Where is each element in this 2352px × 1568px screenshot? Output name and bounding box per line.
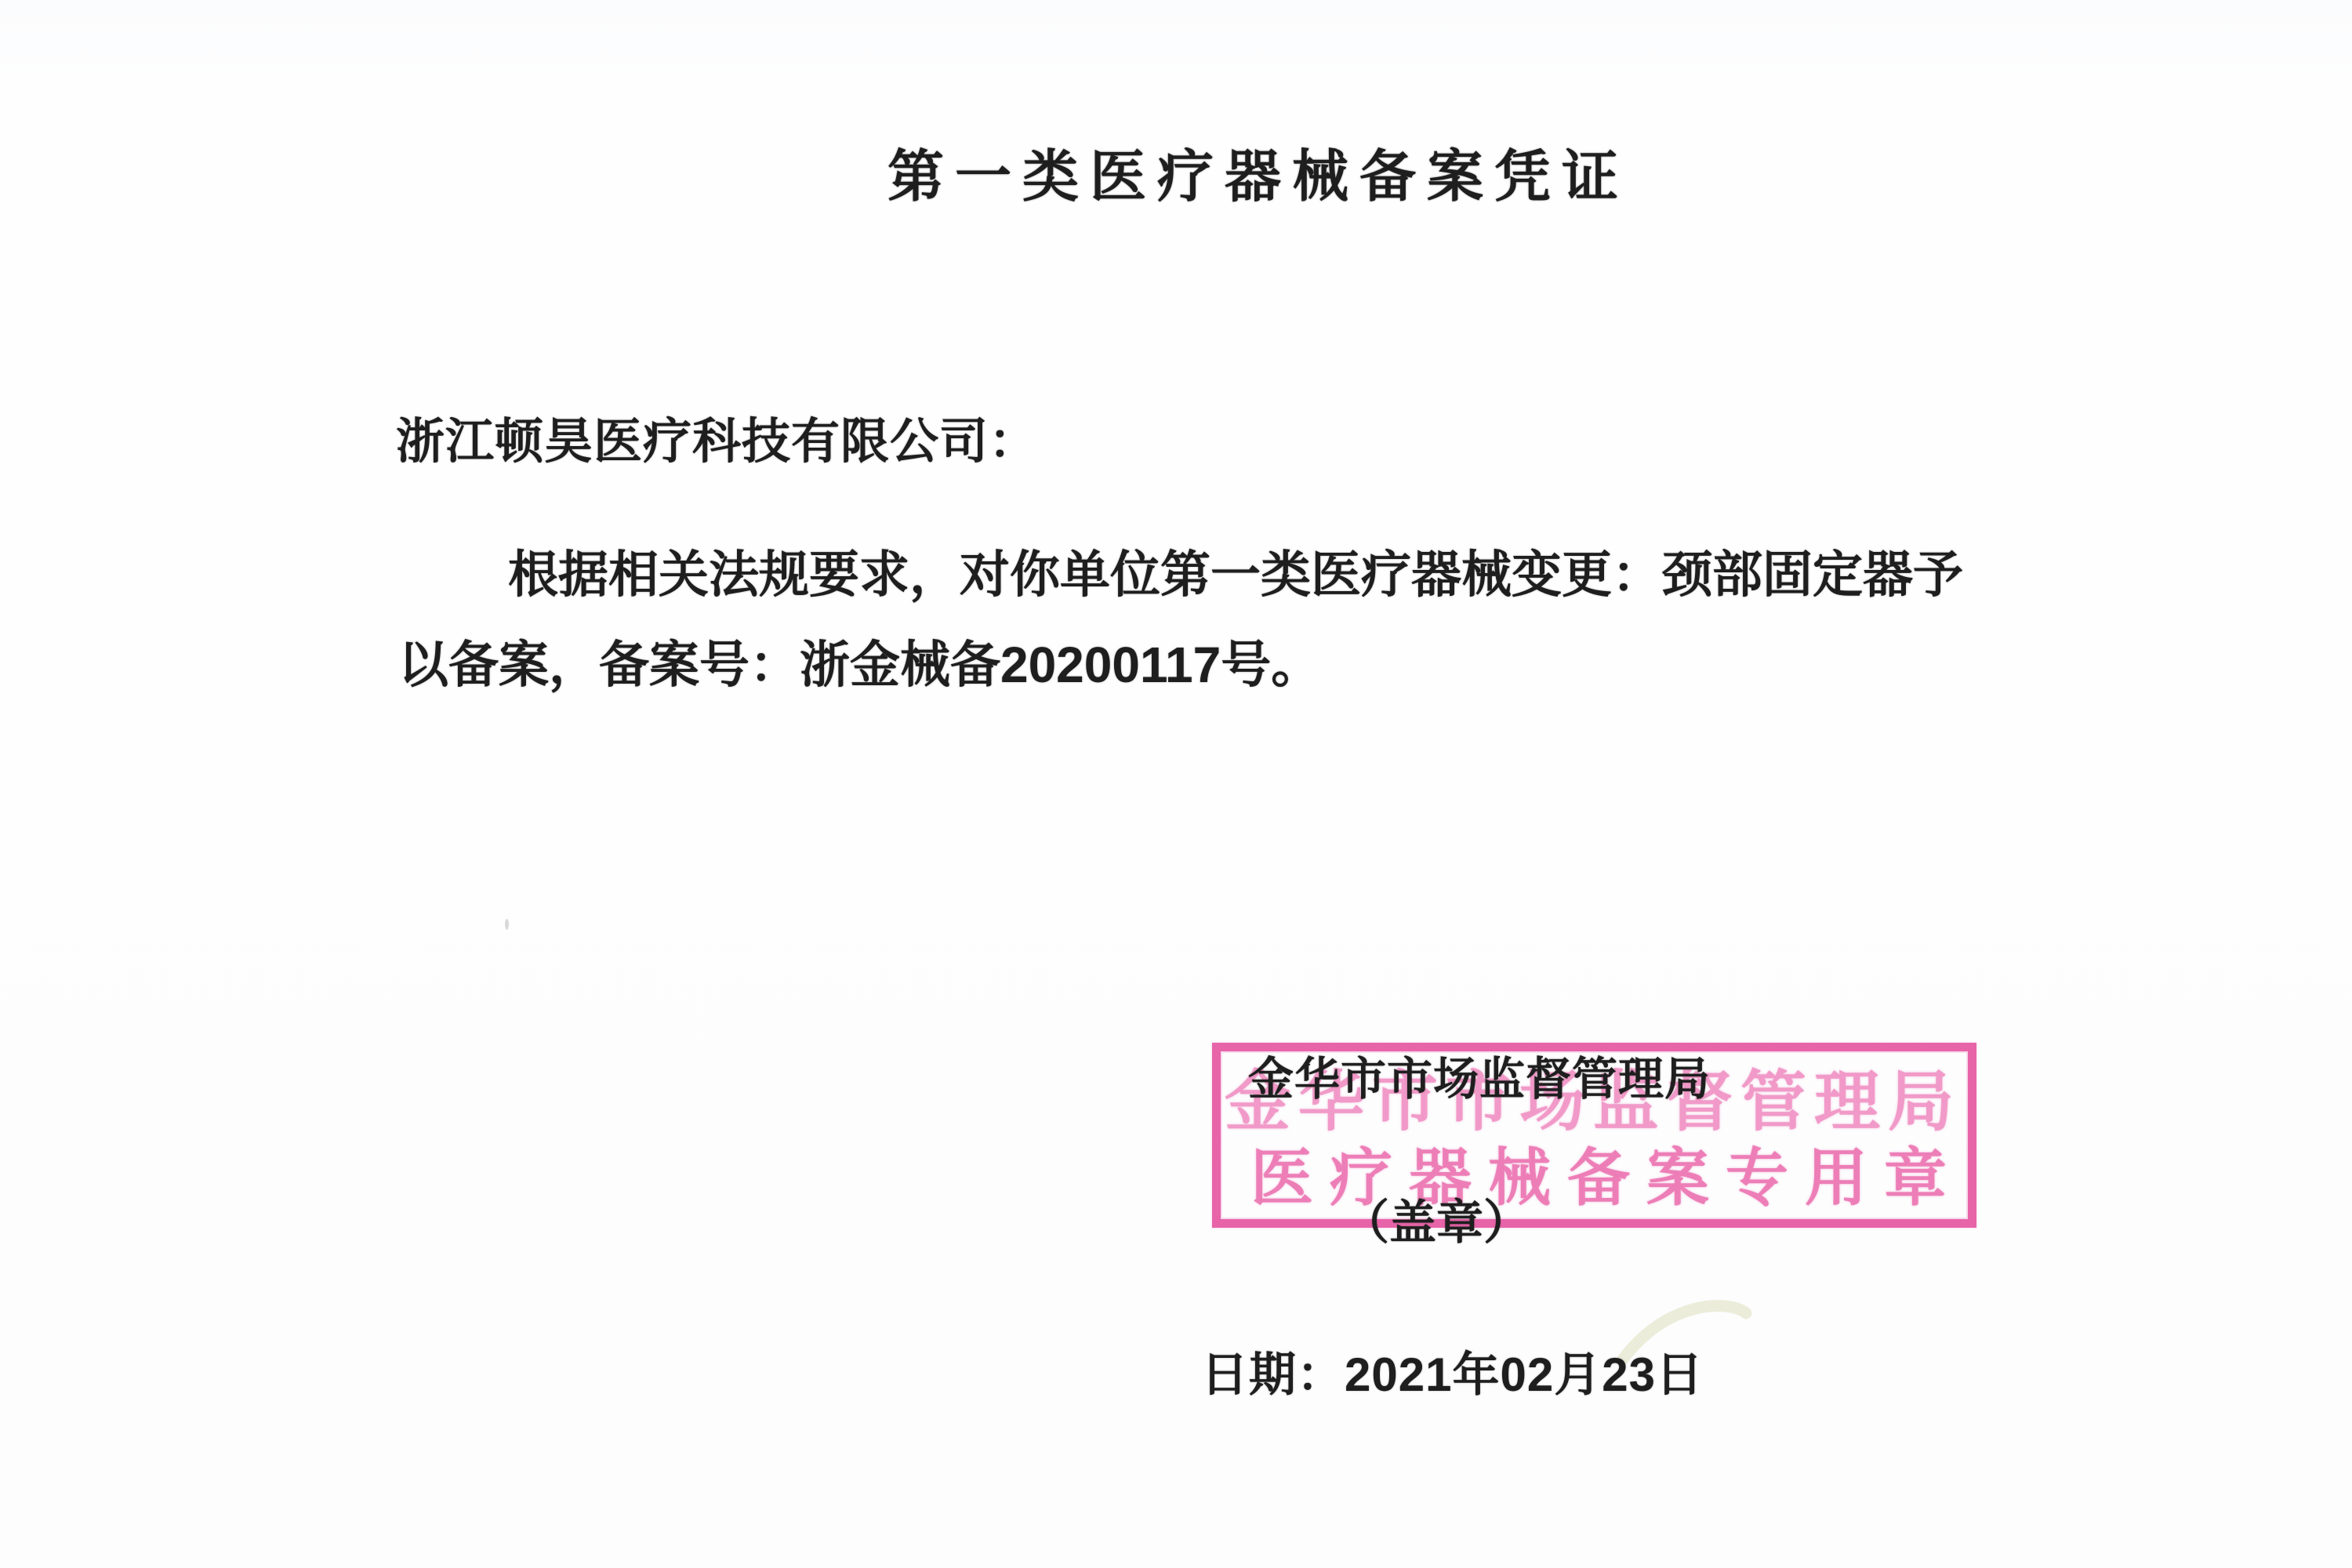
body-paragraph-line2: 以备案，备案号：浙金械备20200117号。 — [398, 640, 1321, 690]
certificate-page: 第一类医疗器械备案凭证 浙江顿昊医疗科技有限公司： 根据相关法规要求，对你单位第… — [0, 0, 2352, 1568]
document-title: 第一类医疗器械备案凭证 — [887, 149, 1629, 205]
issue-date: 日期：2021年02月23日 — [1201, 1352, 1704, 1399]
salutation-company-name: 浙江顿昊医疗科技有限公司： — [396, 418, 1038, 466]
body-paragraph-line1: 根据相关法规要求，对你单位第一类医疗器械变更：颈部固定器予 — [508, 550, 1963, 600]
scan-speck — [505, 919, 509, 930]
seal-here-note: （盖章） — [1342, 1200, 1530, 1247]
issuing-authority-name: 金华市市场监督管理局 — [1248, 1057, 1711, 1102]
